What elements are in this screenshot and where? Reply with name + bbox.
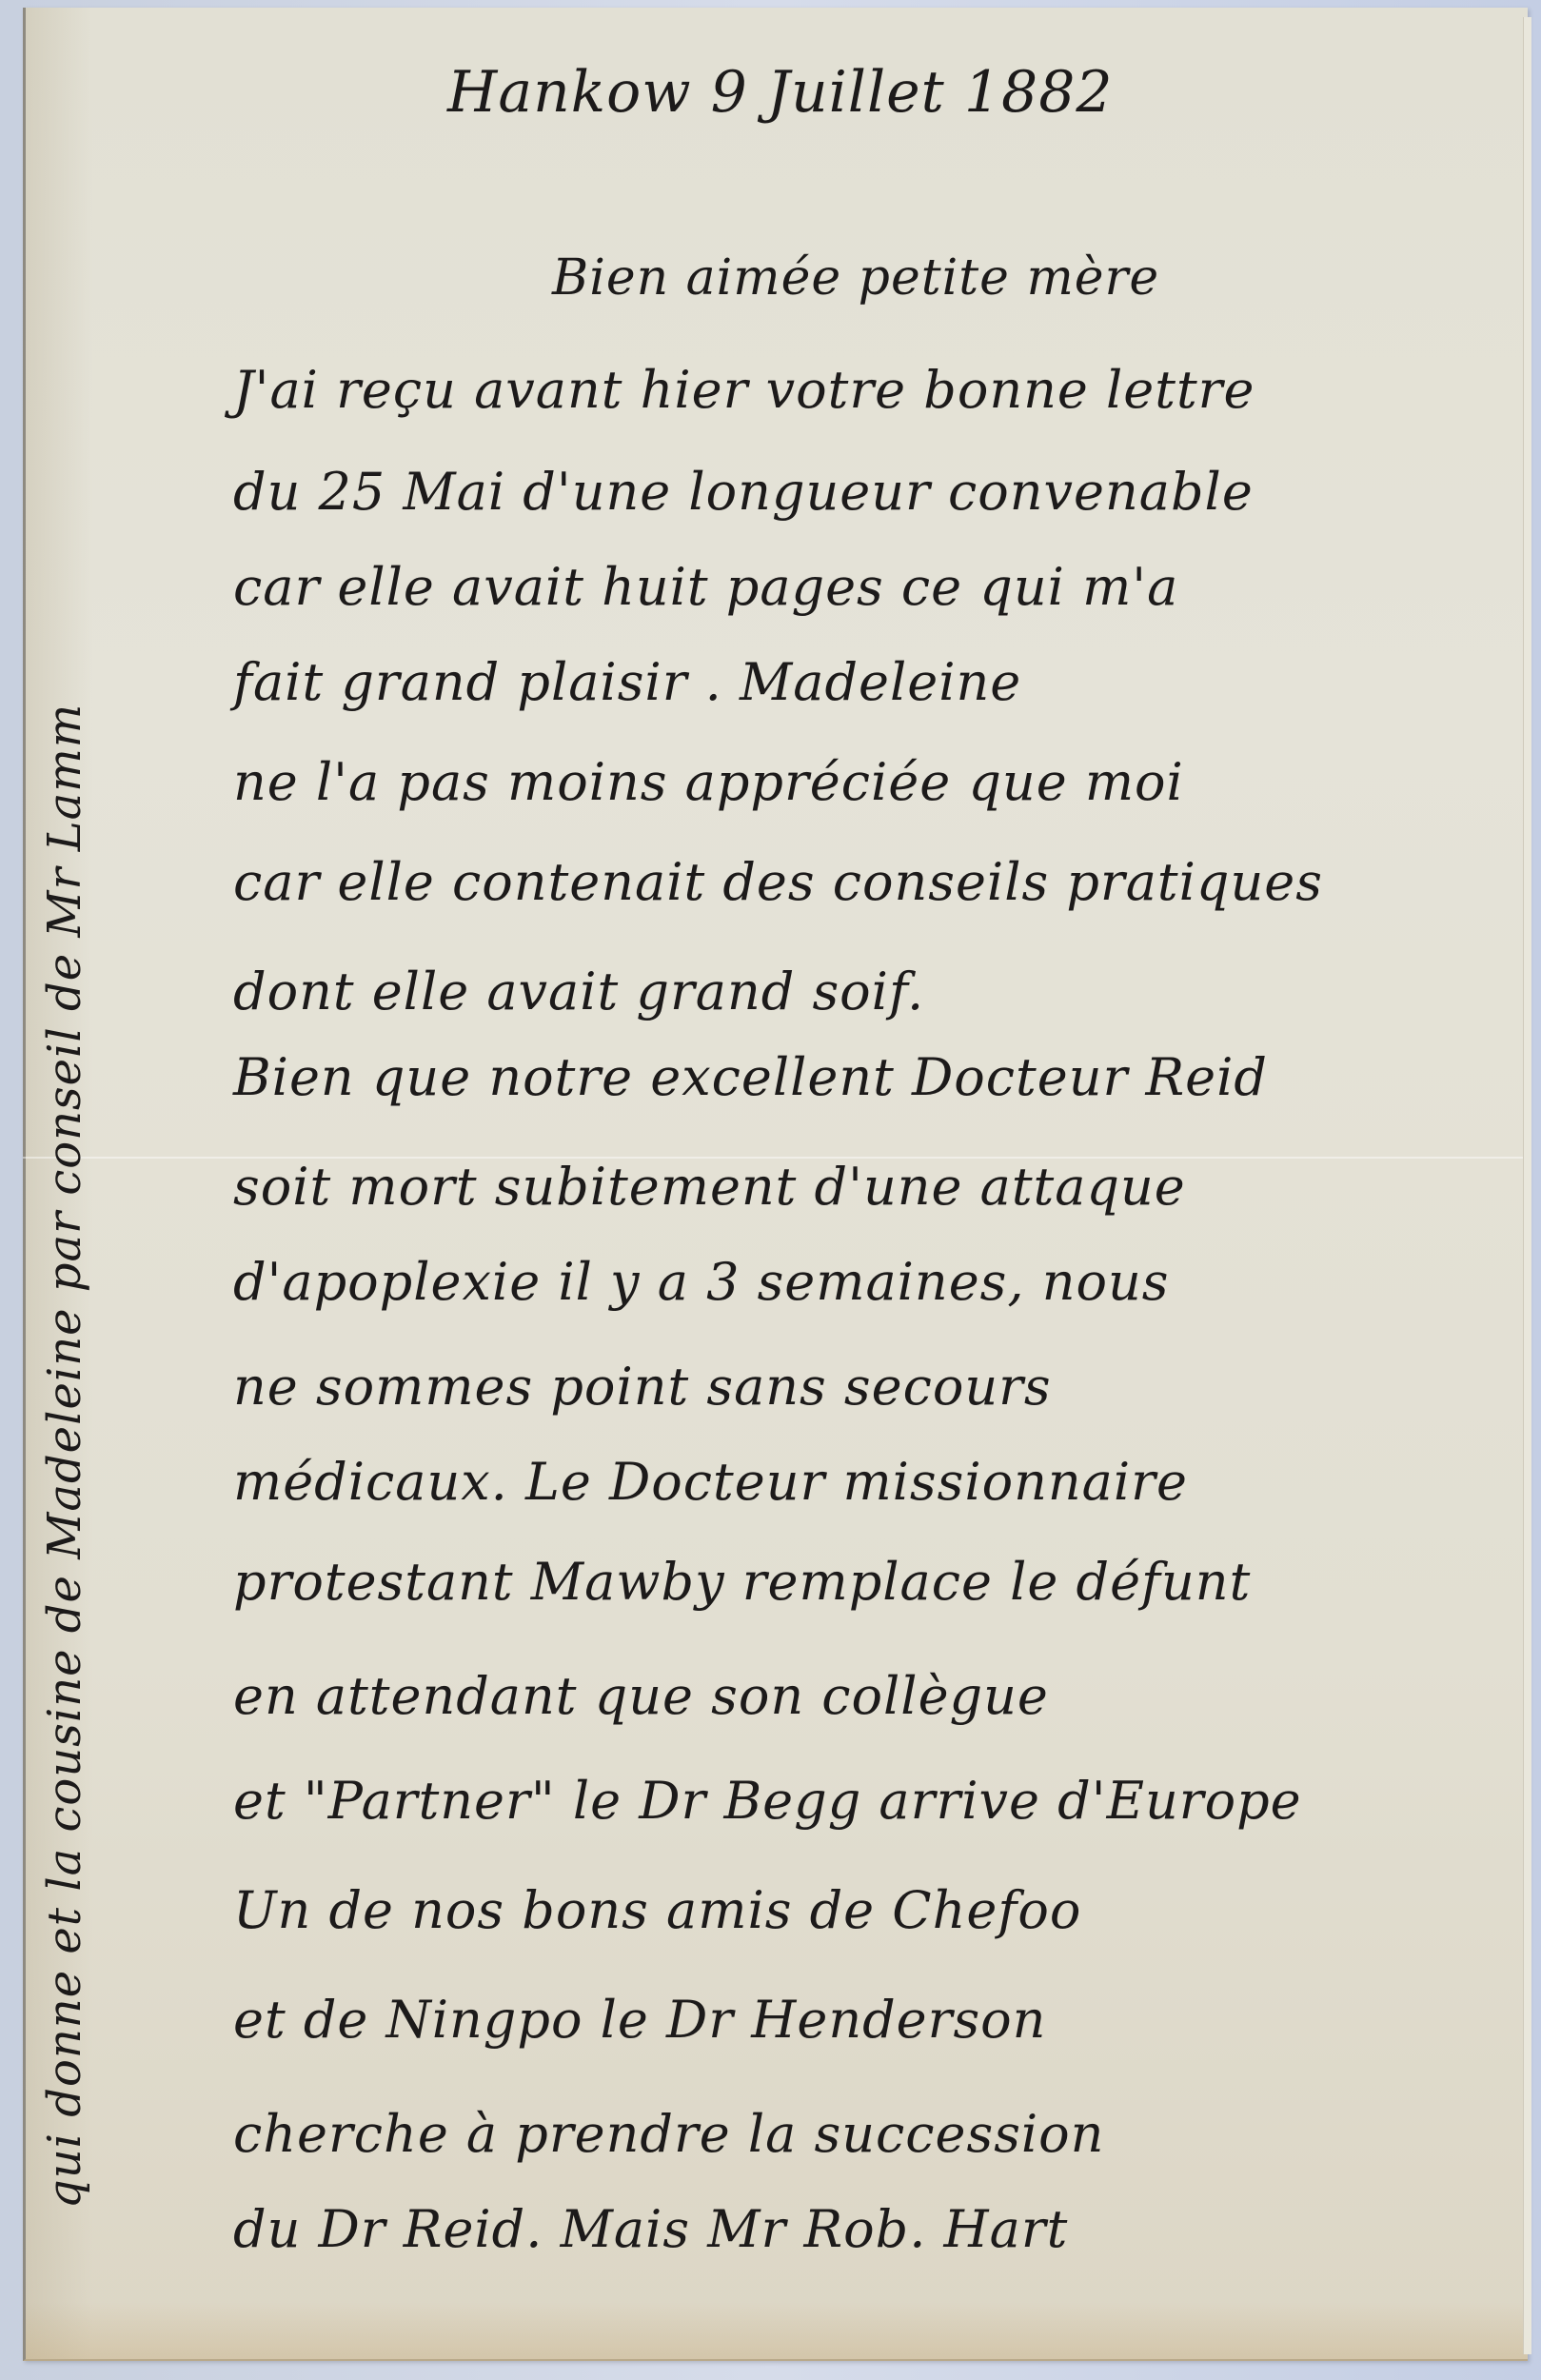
letter-salutation: Bien aimée petite mère [552, 249, 1159, 307]
letter-line: d'apoplexie il y a 3 semaines, nous [233, 1252, 1509, 1312]
letter-line: fait grand plaisir . Madeleine [233, 652, 1509, 712]
letter-line: ne l'a pas moins appréciée que moi [233, 752, 1509, 812]
letter-line: médicaux. Le Docteur missionnaire [233, 1452, 1509, 1512]
letter-line: Bien que notre excellent Docteur Reid [233, 1047, 1509, 1107]
letter-place-date: Hankow 9 Juillet 1882 [447, 59, 1114, 126]
letter-line: J'ai reçu avant hier votre bonne lettre [233, 360, 1509, 420]
letter-line: ne sommes point sans secours [233, 1357, 1509, 1417]
letter-line: car elle contenait des conseils pratique… [233, 852, 1509, 912]
letter-line: et "Partner" le Dr Begg arrive d'Europe [233, 1771, 1509, 1831]
letter-line: protestant Mawby remplace le défunt [233, 1552, 1509, 1612]
letter-line: du Dr Reid. Mais Mr Rob. Hart [233, 2199, 1509, 2259]
letter-line: dont elle avait grand soif. [233, 962, 1509, 1021]
letter-line: Un de nos bons amis de Chefoo [233, 1880, 1509, 1940]
paper-edge [1523, 17, 1531, 2354]
letter-line: car elle avait huit pages ce qui m'a [233, 557, 1509, 617]
margin-note-vertical: qui donne et la cousine de Madeleine par… [38, 67, 91, 2209]
letter-line: et de Ningpo le Dr Henderson [233, 1990, 1509, 2050]
letter-line: soit mort subitement d'une attaque [233, 1157, 1509, 1217]
letter-line: en attendant que son collègue [233, 1666, 1509, 1726]
letter-line: cherche à prendre la succession [233, 2104, 1509, 2164]
letter-line: du 25 Mai d'une longueur convenable [233, 462, 1509, 522]
